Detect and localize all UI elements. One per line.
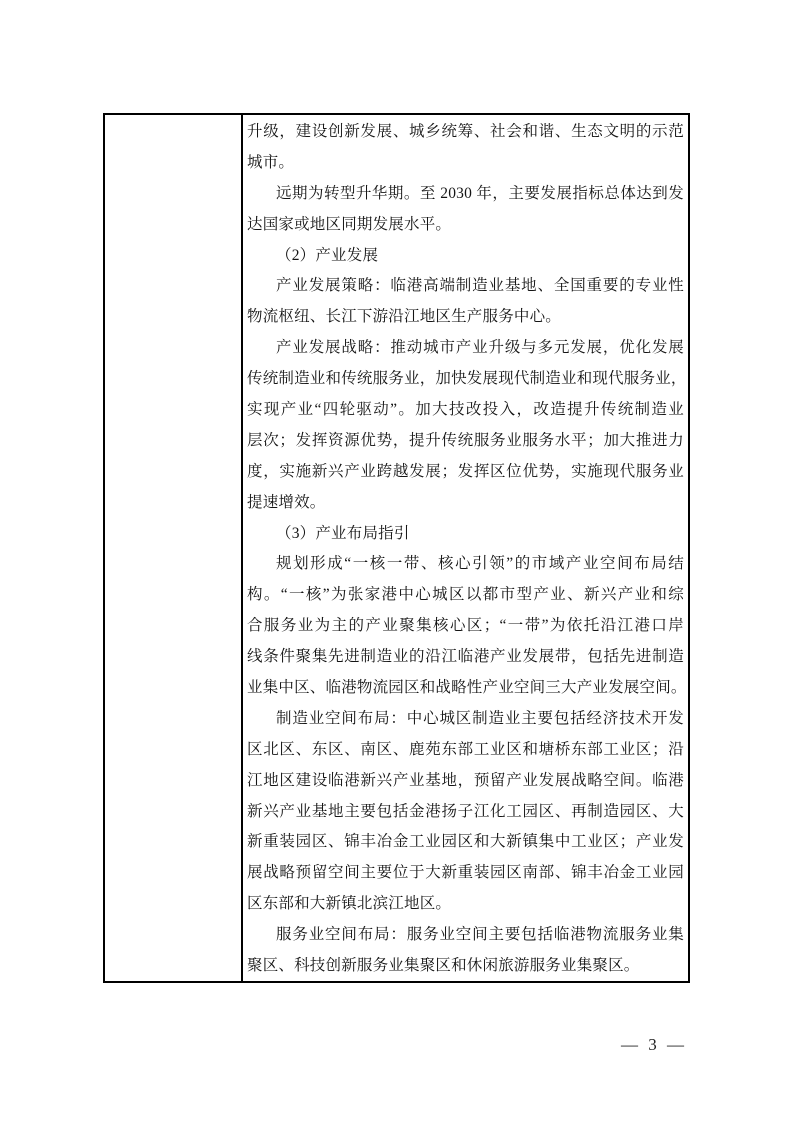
text-line: （2）产业发展 — [247, 241, 684, 272]
content-table: 升级，建设创新发展、城乡统筹、社会和谐、生态文明的示范城市。远期为转型升华期。至… — [103, 113, 690, 983]
text-line: 线条件聚集先进制造业的沿江临港产业发展带，包括先进制造 — [247, 642, 684, 673]
text-line: 展战略预留空间主要位于大新重装园区南部、锦丰冶金工业园 — [247, 858, 684, 889]
text-line: 制造业空间布局：中心城区制造业主要包括经济技术开发 — [247, 704, 684, 735]
text-line: 合服务业为主的产业聚集核心区；“一带”为依托沿江港口岸 — [247, 611, 684, 642]
text-line: 实现产业“四轮驱动”。加大技改投入，改造提升传统制造业 — [247, 395, 684, 426]
text-line: 层次；发挥资源优势，提升传统服务业服务水平；加大推进力 — [247, 426, 684, 457]
text-line: 产业发展战略：推动城市产业升级与多元发展，优化发展 — [247, 333, 684, 364]
text-line: 传统制造业和传统服务业，加快发展现代制造业和现代服务业， — [247, 364, 684, 395]
text-line: 服务业空间布局：服务业空间主要包括临港物流服务业集 — [247, 920, 684, 951]
text-line: 远期为转型升华期。至 2030 年，主要发展指标总体达到发 — [247, 179, 684, 210]
text-line: 达国家或地区同期发展水平。 — [247, 210, 684, 241]
text-line: 城市。 — [247, 148, 684, 179]
text-line: 区东部和大新镇北滨江地区。 — [247, 889, 684, 920]
text-line: 聚区、科技创新服务业集聚区和休闲旅游服务业集聚区。 — [247, 951, 684, 981]
document-page: 升级，建设创新发展、城乡统筹、社会和谐、生态文明的示范城市。远期为转型升华期。至… — [0, 0, 793, 1122]
text-line: 物流枢纽、长江下游沿江地区生产服务中心。 — [247, 302, 684, 333]
text-line: 新兴产业基地主要包括金港扬子江化工园区、再制造园区、大 — [247, 797, 684, 828]
text-line: （3）产业布局指引 — [247, 519, 684, 550]
text-line: 提速增效。 — [247, 488, 684, 519]
table-label-cell — [105, 115, 243, 981]
text-line: 新重装园区、锦丰冶金工业园区和大新镇集中工业区；产业发 — [247, 827, 684, 858]
text-line: 江地区建设临港新兴产业基地，预留产业发展战略空间。临港 — [247, 766, 684, 797]
text-line: 构。“一核”为张家港中心城区以都市型产业、新兴产业和综 — [247, 580, 684, 611]
text-line: 升级，建设创新发展、城乡统筹、社会和谐、生态文明的示范 — [247, 117, 684, 148]
text-line: 区北区、东区、南区、鹿苑东部工业区和塘桥东部工业区；沿 — [247, 735, 684, 766]
text-line: 产业发展策略：临港高端制造业基地、全国重要的专业性 — [247, 271, 684, 302]
table-content-cell: 升级，建设创新发展、城乡统筹、社会和谐、生态文明的示范城市。远期为转型升华期。至… — [243, 115, 688, 981]
text-line: 度，实施新兴产业跨越发展；发挥区位优势，实施现代服务业 — [247, 457, 684, 488]
text-line: 业集中区、临港物流园区和战略性产业空间三大产业发展空间。 — [247, 673, 684, 704]
page-number: — 3 — — [598, 1035, 710, 1055]
text-line: 规划形成“一核一带、核心引领”的市域产业空间布局结 — [247, 549, 684, 580]
